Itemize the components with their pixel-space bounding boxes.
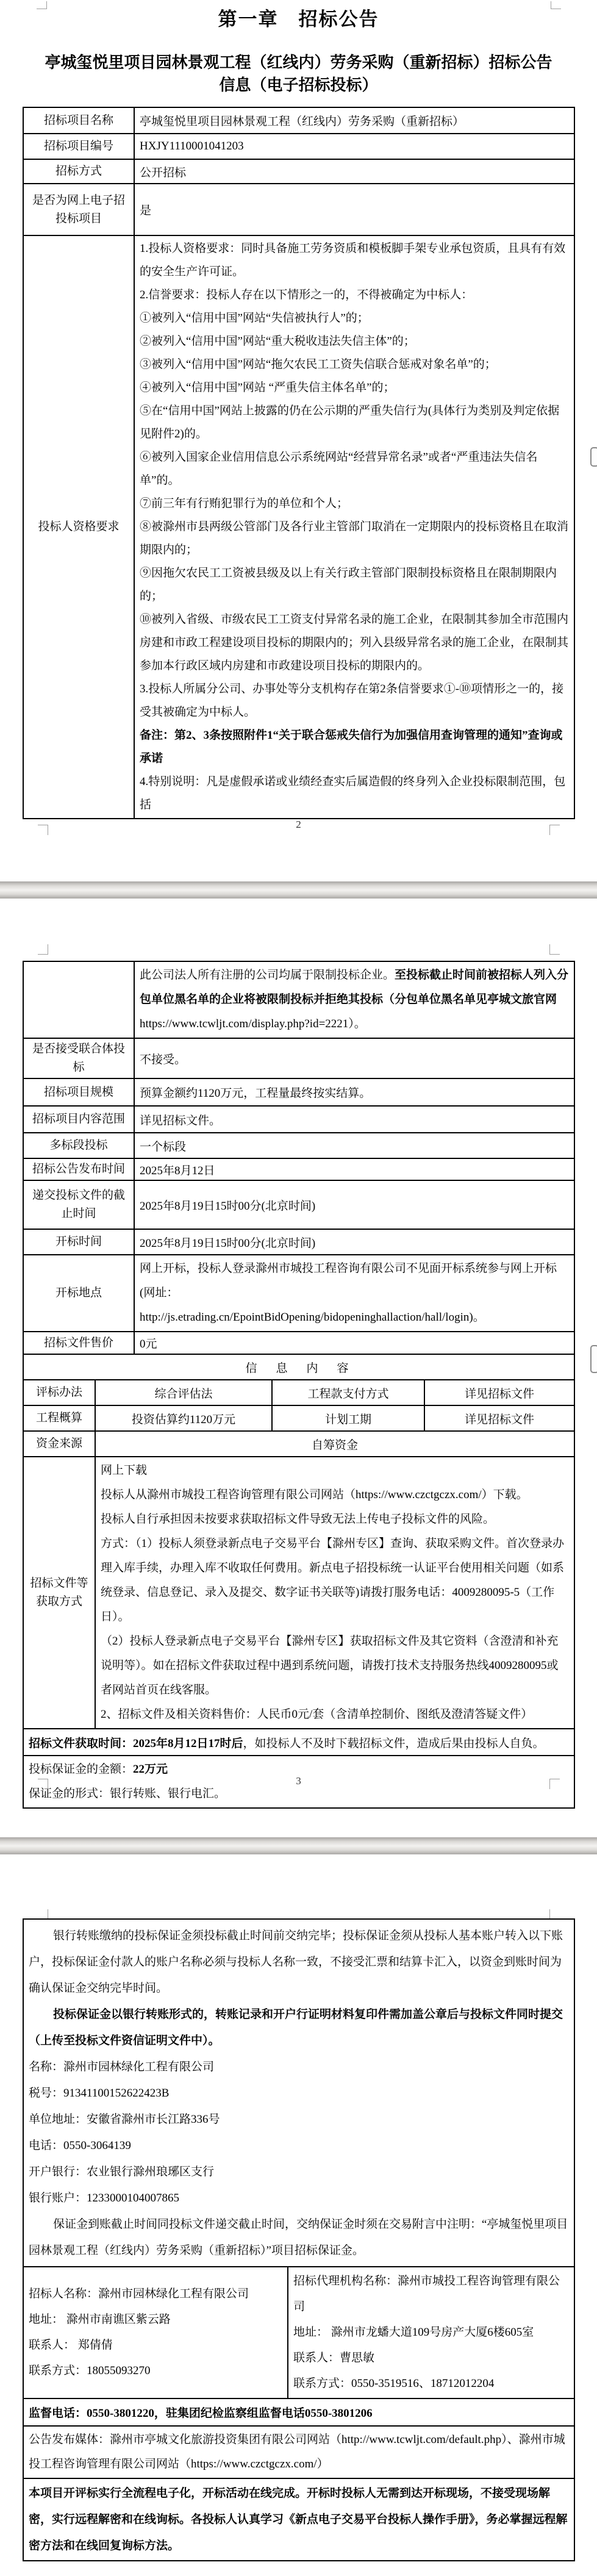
table-row-obtain-time: 招标文件获取时间：2025年8月12日17时后，如投标人不及时下载招标文件，造成…	[23, 1729, 574, 1756]
chapter-title: 第一章 招标公告	[0, 4, 597, 31]
row-label: 招标公告发布时间	[23, 1158, 134, 1180]
page-margin-mark	[549, 944, 560, 955]
row-value: 不接受。	[134, 1038, 574, 1078]
tender-info-table-page1: 招标项目名称 亭城玺悦里项目园林景观工程（红线内）劳务采购（重新招标） 招标项目…	[23, 107, 575, 819]
paragraph: （2）投标人登录新点电子交易平台【滁州专区】获取招标文件及其它资料（含澄清和补充…	[101, 1629, 569, 1702]
paragraph: ②被列入“信用中国”网站“重大税收违法失信主体”的；	[140, 330, 569, 353]
table-row-qualification: 投标人资格要求 1.投标人资格要求：同时具备施工劳务资质和模板脚手架专业承包资质…	[23, 235, 574, 819]
table-row: 是否接受联合体投标 不接受。	[23, 1038, 574, 1078]
row-value: 详见招标文件	[424, 1380, 574, 1405]
obtain-time-cell: 招标文件获取时间：2025年8月12日17时后，如投标人不及时下载招标文件，造成…	[23, 1729, 574, 1756]
row-value: 投资估算约1120万元	[95, 1405, 272, 1431]
table-row-deposit-detail: 银行转账缴纳的投标保证金须投标截止时间前交纳完毕；投标保证金须从投标人基本账户转…	[23, 1919, 574, 2267]
account-name: 名称：滁州市园林绿化工程有限公司	[29, 2054, 569, 2080]
paragraph: 投标人从滁州市城投工程咨询管理有限公司网站（https://www.czctgc…	[101, 1483, 569, 1507]
page-number: 3	[0, 1775, 597, 1787]
agency-contact: 联系人：曹思敏	[293, 2345, 569, 2371]
note-paragraph: 备注：第2、3条按照附件1“关于联合惩戒失信行为加强信用查询管理的通知”查询或承…	[140, 724, 569, 770]
agency-cell: 招标代理机构名称：滁州市城投工程咨询管理有限公司 地址： 滁州市龙蟠大道109号…	[288, 2267, 574, 2398]
scrollbar-handle[interactable]	[590, 1345, 597, 1373]
row-value: 预算金额约1120万元，工程量最终按实结算。	[134, 1078, 574, 1106]
page-separator	[0, 1837, 597, 1854]
tenderer-phone: 联系方式：18055093270	[29, 2358, 282, 2384]
row-value: 是	[134, 184, 574, 235]
tenderer-name: 招标人名称：滁州市园林绿化工程有限公司	[29, 2281, 282, 2307]
paragraph: ⑥被列入国家企业信用信息公示系统网站“经营异常名录”或者“严重违法失信名单”的。	[140, 446, 569, 492]
paragraph: 银行转账缴纳的投标保证金须投标截止时间前交纳完毕；投标保证金须从投标人基本账户转…	[29, 1923, 569, 2001]
row-label: 开标时间	[23, 1229, 134, 1255]
table-row: 招标方式 公开招标	[23, 159, 574, 184]
table-row-media: 公告发布媒体：滁州市亭城文化旅游投资集团有限公司网站（http://www.tc…	[23, 2426, 574, 2478]
row-value: 2025年8月19日15时00分(北京时间)	[134, 1229, 574, 1255]
row-label: 招标文件售价	[23, 1332, 134, 1354]
row-label: 招标项目规模	[23, 1078, 134, 1106]
table-row: 招标公告发布时间 2025年8月12日	[23, 1158, 574, 1180]
table-row: 招标项目编号 HXJY1110001041203	[23, 134, 574, 159]
row-label: 工程款支付方式	[272, 1380, 424, 1405]
paragraph: ①被列入“信用中国”网站“失信被执行人”的；	[140, 307, 569, 330]
paragraph: 方式：（1）投标人须登录新点电子交易平台【滁州专区】查询、获取采购文件。首次登录…	[101, 1532, 569, 1629]
media-cell: 公告发布媒体：滁州市亭城文化旅游投资集团有限公司网站（http://www.tc…	[23, 2426, 574, 2478]
row-value: 公开招标	[134, 159, 574, 184]
document-view: 第一章 招标公告 亭城玺悦里项目园林景观工程（红线内）劳务采购（重新招标）招标公…	[0, 0, 597, 2576]
agency-phone: 联系方式：0550-3519516、18712012204	[293, 2371, 569, 2397]
table-row: 多标段投标 一个标段	[23, 1133, 574, 1158]
table-row-obtain: 招标文件等获取方式 网上下载 投标人从滁州市城投工程咨询管理有限公司网站（htt…	[23, 1457, 574, 1729]
paragraph: ⑧被滁州市县两级公管部门及各行业主管部门取消在一定期限内的投标资格且在取消期限内…	[140, 515, 569, 562]
bid-opening-url: http://js.etrading.cn/EpointBidOpening/b…	[140, 1305, 569, 1330]
paragraph: 4.特别说明：凡是虚假承诺或业绩经查实后属造假的终身列入企业投标限制范围，包括	[140, 770, 569, 817]
row-label: 开标地点	[23, 1255, 134, 1332]
scrollbar-handle[interactable]	[590, 447, 597, 467]
paragraph: 2、招标文件及相关资料售价：人民币0元/套（含清单控制价、图纸及澄清答疑文件）	[101, 1702, 569, 1727]
row-value: 详见招标文件	[424, 1405, 574, 1431]
obtain-method-cell: 网上下载 投标人从滁州市城投工程咨询管理有限公司网站（https://www.c…	[95, 1457, 574, 1729]
account-bank: 开户银行：农业银行滁州琅琊区支行	[29, 2159, 569, 2185]
row-value: 综合评估法	[95, 1380, 272, 1405]
table-row-contacts: 招标人名称：滁州市园林绿化工程有限公司 地址： 滁州市南谯区紫云路 联系人： 郑…	[23, 2267, 574, 2398]
table-row-qualification-cont: 此公司法人所有注册的公司均属于限制投标企业。至投标截止时间前被招标人列入分包单位…	[23, 961, 574, 1038]
tenderer-address: 地址： 滁州市南谯区紫云路	[29, 2307, 282, 2333]
deposit-detail-cell: 银行转账缴纳的投标保证金须投标截止时间前交纳完毕；投标保证金须从投标人基本账户转…	[23, 1919, 574, 2267]
row-label: 是否为网上电子招投标项目	[23, 184, 134, 235]
tender-info-table-page3: 银行转账缴纳的投标保证金须投标截止时间前交纳完毕；投标保证金须从投标人基本账户转…	[23, 1918, 575, 2561]
tenderer-contact: 联系人： 郑倩倩	[29, 2333, 282, 2358]
row-value: 2025年8月12日	[134, 1158, 574, 1180]
paragraph: ⑨因拖欠农民工工资被县级及以上有关行政主管部门限制投标资格且在限制期限内的；	[140, 562, 569, 608]
row-label: 招标方式	[23, 159, 134, 184]
row-value: 自筹资金	[95, 1431, 574, 1457]
page-separator	[0, 881, 597, 899]
row-value: 网上开标，投标人登录滁州市城投工程咨询有限公司不见面开标系统参与网上开标(网址：…	[134, 1255, 574, 1332]
agency-name: 招标代理机构名称：滁州市城投工程咨询管理有限公司	[293, 2269, 569, 2320]
row-label: 计划工期	[272, 1405, 424, 1431]
final-note-cell: 本项目开评标实行全流程电子化，开标活动在线完成。开标时投标人无需到达开标现场，不…	[23, 2478, 574, 2561]
table-row: 递交投标文件的截止时间 2025年8月19日15时00分(北京时间)	[23, 1180, 574, 1229]
table-row: 开标时间 2025年8月19日15时00分(北京时间)	[23, 1229, 574, 1255]
table-row: 招标文件售价 0元	[23, 1332, 574, 1354]
table-row-supervision: 监督电话：0550-3801220，驻集团纪检监察组监督电话0550-38012…	[23, 2398, 574, 2426]
table-row-info-header: 信 息 内 容	[23, 1354, 574, 1380]
paragraph: 本项目开评标实行全流程电子化，开标活动在线完成。开标时投标人无需到达开标现场，不…	[29, 2480, 569, 2559]
table-row: 资金来源 自筹资金	[23, 1431, 574, 1457]
page-margin-mark	[549, 825, 560, 835]
paragraph: 3.投标人所属分公司、办事处等分支机构存在第2条信誉要求①-⑩项情形之一的，接受…	[140, 678, 569, 724]
row-value: 详见招标文件。	[134, 1106, 574, 1133]
account-address: 单位地址：安徽省滁州市长江路336号	[29, 2106, 569, 2133]
paragraph: ⑩被列入省级、市级农民工工资支付异常名录的施工企业，在限制其参加全市范围内房建和…	[140, 608, 569, 678]
paragraph: 投标人自行承担因未按要求获取招标文件导致无法上传电子投标文件的风险。	[101, 1507, 569, 1532]
row-value: 2025年8月19日15时00分(北京时间)	[134, 1180, 574, 1229]
row-value: 一个标段	[134, 1133, 574, 1158]
paragraph: 公告发布媒体：滁州市亭城文化旅游投资集团有限公司网站（http://www.tc…	[29, 2428, 569, 2477]
row-label: 评标办法	[23, 1380, 95, 1405]
agency-address: 地址： 滁州市龙蟠大道109号房产大厦6楼605室	[293, 2320, 569, 2345]
account-number: 银行账户：1233000104007865	[29, 2185, 569, 2211]
page-number: 2	[0, 819, 597, 831]
row-label: 投标人资格要求	[23, 235, 134, 819]
qualification-continuation-cell: 此公司法人所有注册的公司均属于限制投标企业。至投标截止时间前被招标人列入分包单位…	[134, 961, 574, 1038]
row-label: 递交投标文件的截止时间	[23, 1180, 134, 1229]
account-phone: 电话：0550-3064139	[29, 2133, 569, 2159]
paragraph: ④被列入“信用中国”网站 “严重失信主体名单”的；	[140, 376, 569, 400]
row-value: 0元	[134, 1332, 574, 1354]
table-row: 评标办法 综合评估法 工程款支付方式 详见招标文件	[23, 1380, 574, 1405]
paragraph: 保证金到账截止时间同投标文件递交截止时间，交纳保证金时须在交易附言中注明：“亭城…	[29, 2211, 569, 2264]
row-label: 招标项目内容范围	[23, 1106, 134, 1133]
row-label: 资金来源	[23, 1431, 95, 1457]
page-margin-mark	[549, 1779, 560, 1789]
paragraph: 此公司法人所有注册的公司均属于限制投标企业。至投标截止时间前被招标人列入分包单位…	[140, 963, 569, 1036]
row-value: HXJY1110001041203	[134, 134, 574, 159]
supervision-phone: 监督电话：0550-3801220，驻集团纪检监察组监督电话0550-38012…	[23, 2398, 574, 2426]
document-title: 亭城玺悦里项目园林景观工程（红线内）劳务采购（重新招标）招标公告信息（电子招标投…	[43, 51, 554, 96]
table-row-final-note: 本项目开评标实行全流程电子化，开标活动在线完成。开标时投标人无需到达开标现场，不…	[23, 2478, 574, 2561]
row-label-empty	[23, 961, 134, 1038]
page-margin-mark	[38, 1779, 48, 1789]
qualification-cell: 1.投标人资格要求：同时具备施工劳务资质和模板脚手架专业承包资质，且具有有效的安…	[134, 235, 574, 819]
account-tax-id: 税号：91341100152622423B	[29, 2080, 569, 2106]
page-margin-mark	[38, 944, 48, 955]
paragraph: ⑦前三年有行贿犯罪行为的单位和个人；	[140, 492, 569, 515]
table-row: 是否为网上电子招投标项目 是	[23, 184, 574, 235]
tenderer-cell: 招标人名称：滁州市园林绿化工程有限公司 地址： 滁州市南谯区紫云路 联系人： 郑…	[23, 2267, 288, 2398]
paragraph: 投标保证金以银行转账形式的，转账记录和开户行证明材料复印件需加盖公章后与投标文件…	[29, 2001, 569, 2054]
row-label: 是否接受联合体投标	[23, 1038, 134, 1078]
paragraph: 网上开标，投标人登录滁州市城投工程咨询有限公司不见面开标系统参与网上开标(网址：	[140, 1257, 569, 1305]
paragraph: 网上下载	[101, 1458, 569, 1483]
paragraph: 2.信誉要求：投标人存在以下情形之一的，不得被确定为中标人：	[140, 284, 569, 307]
tender-info-table-page2: 此公司法人所有注册的公司均属于限制投标企业。至投标截止时间前被招标人列入分包单位…	[23, 961, 575, 1809]
table-row: 招标项目内容范围 详见招标文件。	[23, 1106, 574, 1133]
row-label: 招标项目名称	[23, 107, 134, 134]
paragraph: ③被列入“信用中国”网站“拖欠农民工工资失信联合惩戒对象名单”的；	[140, 353, 569, 376]
row-label: 工程概算	[23, 1405, 95, 1431]
table-row: 开标地点 网上开标，投标人登录滁州市城投工程咨询有限公司不见面开标系统参与网上开…	[23, 1255, 574, 1332]
row-label: 多标段投标	[23, 1133, 134, 1158]
info-section-header: 信 息 内 容	[23, 1354, 574, 1380]
table-row: 招标项目规模 预算金额约1120万元，工程量最终按实结算。	[23, 1078, 574, 1106]
row-label: 招标文件等获取方式	[23, 1457, 95, 1729]
table-row: 招标项目名称 亭城玺悦里项目园林景观工程（红线内）劳务采购（重新招标）	[23, 107, 574, 134]
row-value: 亭城玺悦里项目园林景观工程（红线内）劳务采购（重新招标）	[134, 107, 574, 134]
page-margin-mark	[38, 825, 48, 835]
paragraph: ⑤在“信用中国”网站上披露的仍在公示期的严重失信行为(具体行为类别及判定依据见附…	[140, 400, 569, 446]
paragraph: 1.投标人资格要求：同时具备施工劳务资质和模板脚手架专业承包资质，且具有有效的安…	[140, 237, 569, 284]
row-label: 招标项目编号	[23, 134, 134, 159]
table-row: 工程概算 投资估算约1120万元 计划工期 详见招标文件	[23, 1405, 574, 1431]
